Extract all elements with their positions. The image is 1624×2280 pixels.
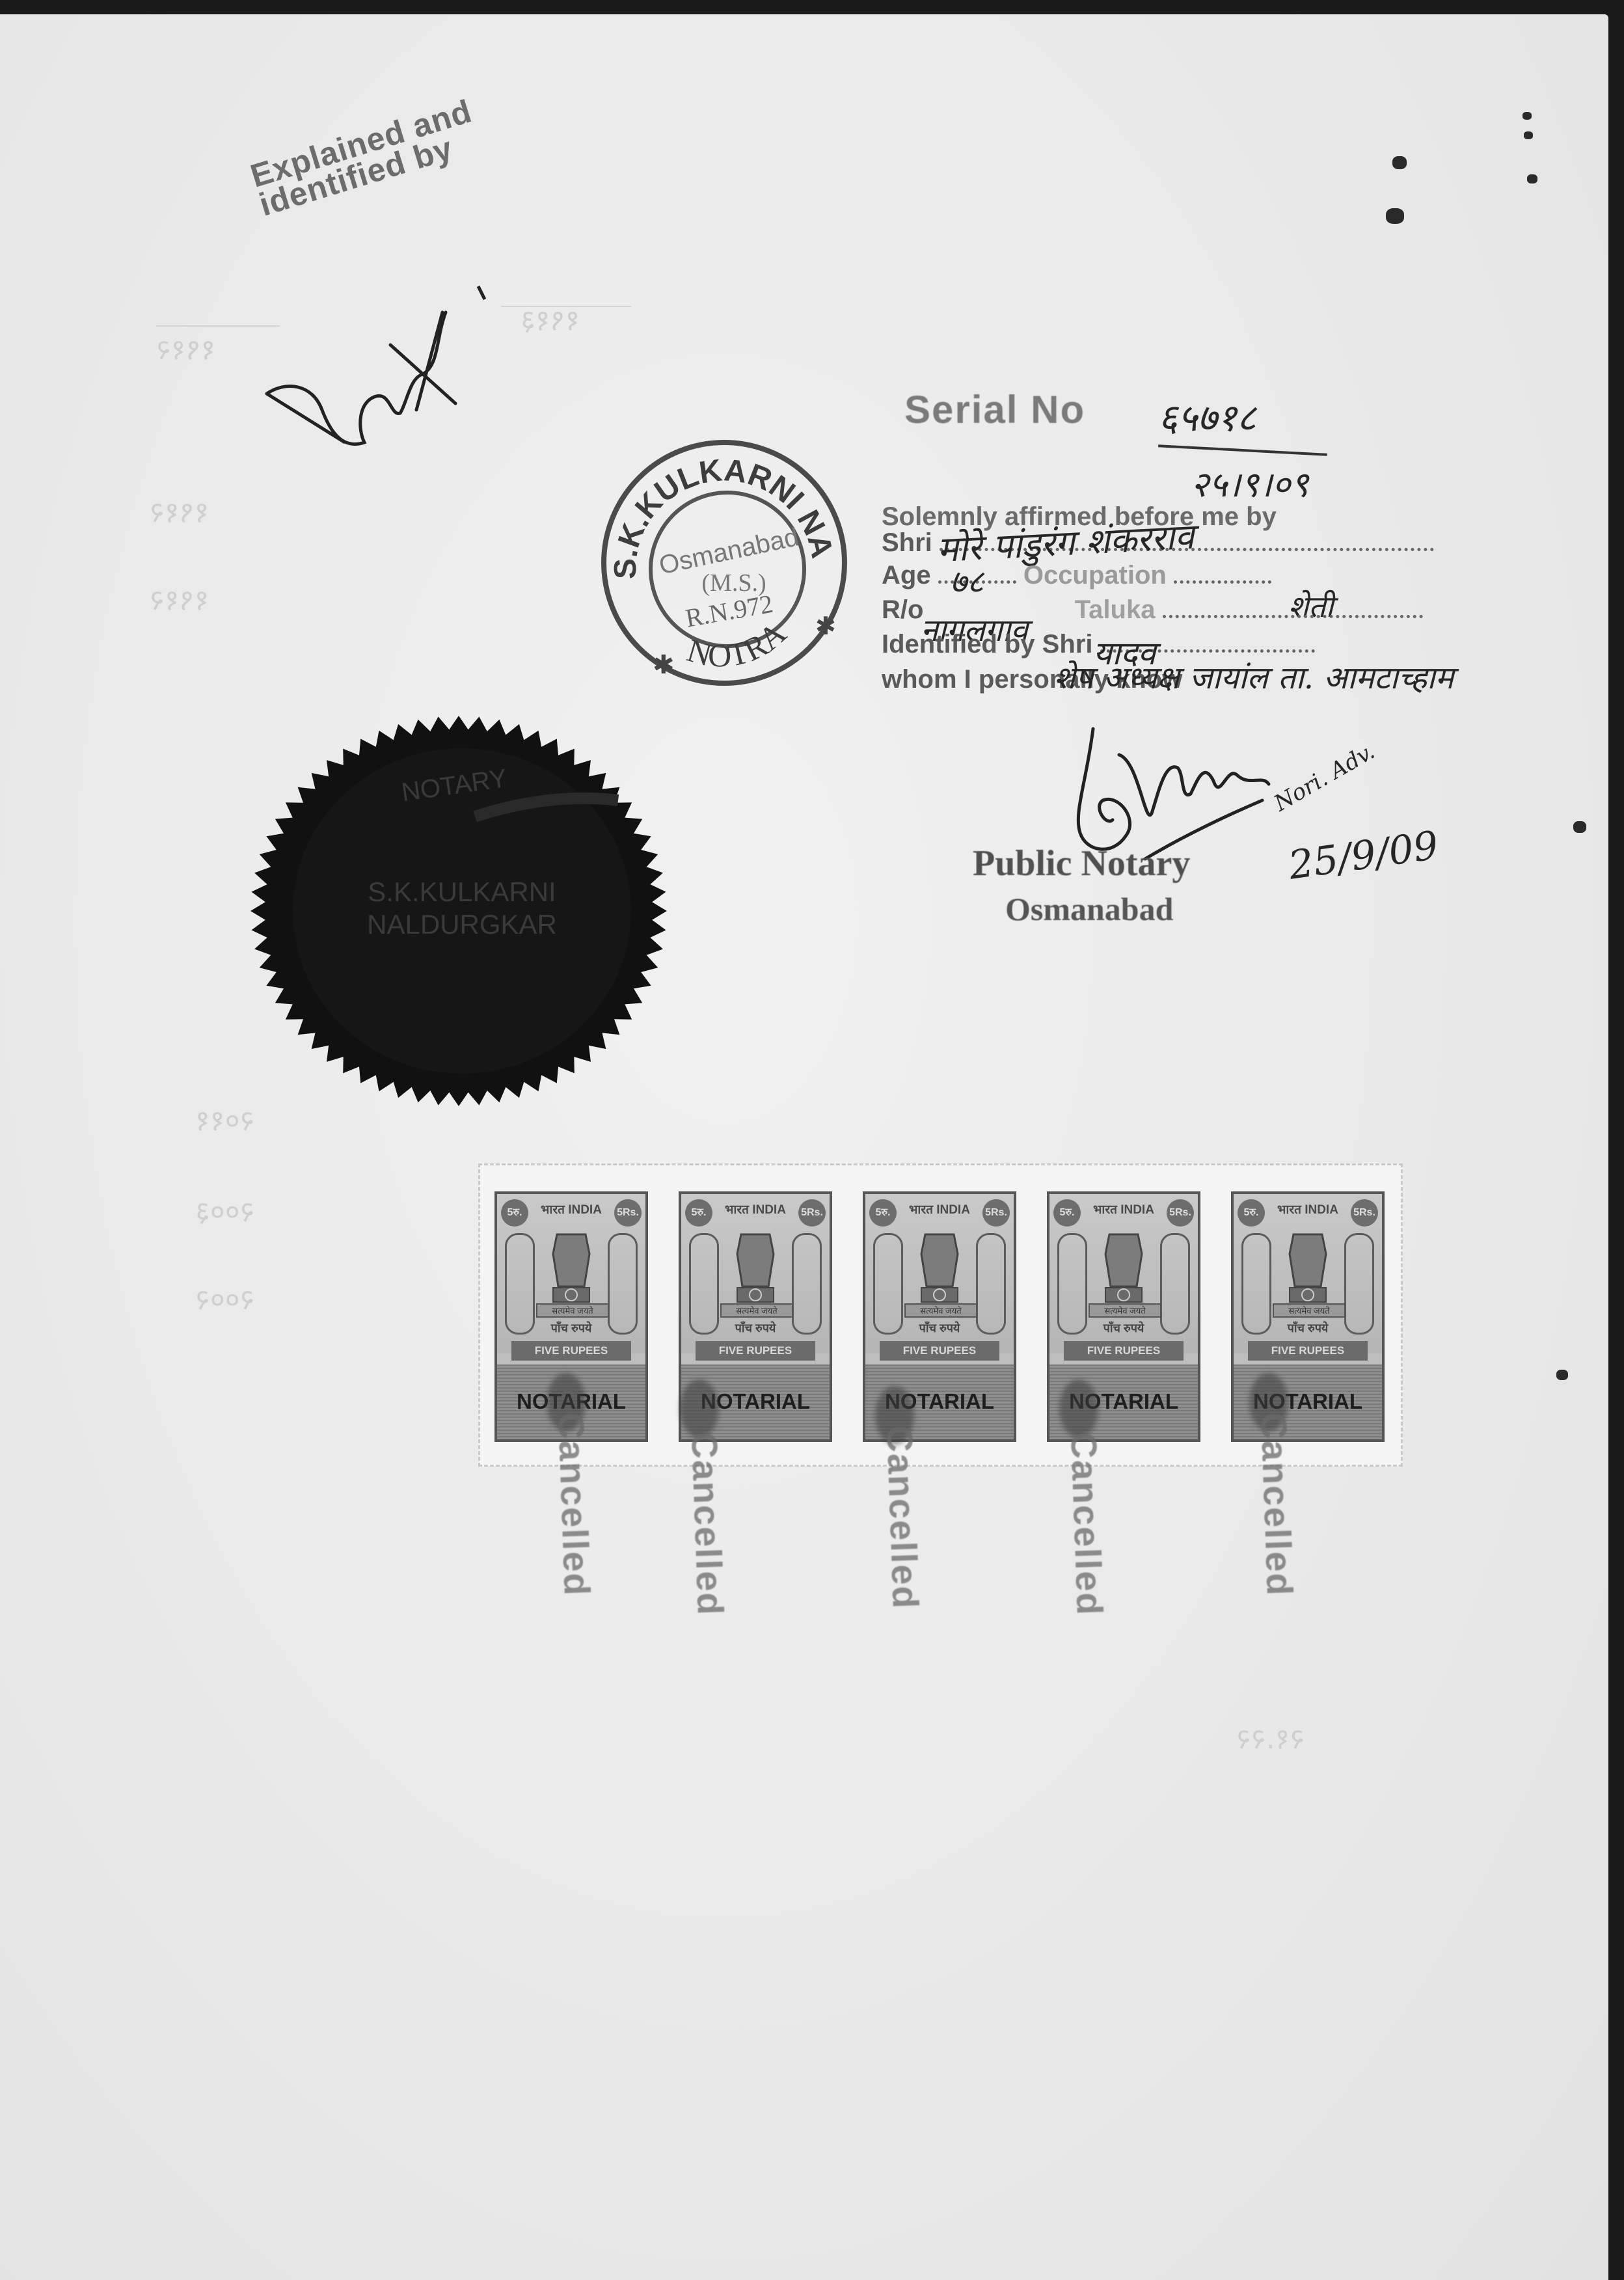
- bleed-text: १९१२: [150, 579, 210, 618]
- age-label: Age: [882, 561, 931, 590]
- bleed-text: २१.२२: [1236, 1718, 1305, 1757]
- bleed-text: १९१२: [156, 329, 216, 368]
- cancelled-stamp-mark: Cancelled: [878, 1425, 927, 1610]
- stamp-country: भारत INDIA: [497, 1201, 645, 1217]
- stamp-value-english: FIVE RUPEES: [696, 1341, 815, 1361]
- wax-seal-line1: S.K.KULKARNI: [368, 876, 556, 907]
- bleed-text: २००३: [195, 1191, 255, 1230]
- scroll-ornament-icon: [792, 1233, 822, 1335]
- scroll-ornament-icon: [1057, 1233, 1087, 1335]
- punch-hole: [1527, 174, 1537, 183]
- serial-no-label: Serial No: [904, 387, 1085, 432]
- round-notary-seal: S.K.KULKARNI NALDURGKAR NOTRAY Osmanabad…: [591, 429, 851, 690]
- stamp-value-hindi: पाँच रुपये: [865, 1320, 1014, 1336]
- stamp-country: भारत INDIA: [1234, 1201, 1382, 1217]
- age-row: Age Occupation: [882, 561, 1271, 590]
- scroll-ornament-icon: [873, 1233, 903, 1335]
- notary-city-stamp: Osmanabad: [1005, 890, 1173, 928]
- cancelled-stamp-mark: Cancelled: [550, 1412, 599, 1597]
- stamp-country: भारत INDIA: [681, 1201, 830, 1217]
- scroll-ornament-icon: [976, 1233, 1006, 1335]
- bleed-text: १९१२: [150, 491, 210, 530]
- punch-hole: [1392, 156, 1407, 169]
- punch-hole: [1573, 821, 1586, 833]
- scroll-ornament-icon: [1344, 1233, 1374, 1335]
- stamp-value-english: FIVE RUPEES: [880, 1341, 999, 1361]
- scroll-ornament-icon: [505, 1233, 535, 1335]
- cancelled-stamp-mark: Cancelled: [683, 1432, 732, 1617]
- document-page: [0, 14, 1608, 2280]
- stamp-value-hindi: पाँच रुपये: [681, 1320, 830, 1336]
- punch-hole: [1386, 208, 1404, 224]
- scroll-ornament-icon: [689, 1233, 719, 1335]
- punch-hole: [1522, 112, 1532, 120]
- star-icon: ✱: [653, 651, 675, 679]
- stamp-motto: सत्यमेव जयते: [720, 1303, 793, 1318]
- cancel-ink-blot: [680, 1379, 719, 1438]
- cancelled-stamp-mark: Cancelled: [1062, 1432, 1111, 1617]
- shri-label: Shri: [882, 528, 932, 557]
- wax-notary-seal: NOTARY S.K.KULKARNI NALDURGKAR: [241, 709, 677, 1113]
- serial-date-value: २५।९।०९: [1191, 459, 1308, 507]
- bleed-text: १९१३: [521, 299, 580, 338]
- whom-value: शेष अध्यक्ष जायांल ता. आमटाच्हाम: [1054, 657, 1614, 699]
- stamp-value-english: FIVE RUPEES: [511, 1341, 631, 1361]
- wax-seal-line2: NALDURGKAR: [367, 909, 557, 940]
- stamp-motto: सत्यमेव जयते: [1089, 1303, 1161, 1318]
- scroll-ornament-icon: [1160, 1233, 1190, 1335]
- scroll-ornament-icon: [1241, 1233, 1271, 1335]
- identified-label: Identified by Shri: [882, 630, 1092, 658]
- advocate-signature: [260, 247, 507, 455]
- taluka-label: Taluka: [1075, 595, 1156, 624]
- stamp-value-hindi: पाँच रुपये: [1049, 1320, 1198, 1336]
- ro-label: R/o: [882, 595, 923, 624]
- stamp-motto: सत्यमेव जयते: [904, 1303, 977, 1318]
- taluka-dotted-line: [1163, 615, 1423, 618]
- cancel-ink-blot: [1059, 1379, 1098, 1438]
- stamp-country: भारत INDIA: [865, 1201, 1014, 1217]
- stamp-value-hindi: पाँच रुपये: [1234, 1320, 1382, 1336]
- bleed-text: २००२: [195, 1279, 255, 1318]
- occupation-dotted-line: [1174, 580, 1271, 584]
- serial-no-value: ६५७१८: [1158, 390, 1256, 442]
- stamp-value-english: FIVE RUPEES: [1248, 1341, 1368, 1361]
- stamp-value-hindi: पाँच रुपये: [497, 1320, 645, 1336]
- stamp-motto: सत्यमेव जयते: [536, 1303, 609, 1318]
- stamp-motto: सत्यमेव जयते: [1273, 1303, 1346, 1318]
- punch-hole: [1556, 1370, 1568, 1380]
- cancelled-stamp-mark: Cancelled: [1252, 1412, 1301, 1597]
- occupation-label: Occupation: [1023, 561, 1167, 590]
- star-icon: ✱: [815, 613, 836, 640]
- punch-hole: [1524, 131, 1533, 139]
- stamp-country: भारत INDIA: [1049, 1201, 1198, 1217]
- scroll-ornament-icon: [608, 1233, 638, 1335]
- stamp-value-english: FIVE RUPEES: [1064, 1341, 1184, 1361]
- public-notary-stamp: Public Notary: [973, 843, 1190, 884]
